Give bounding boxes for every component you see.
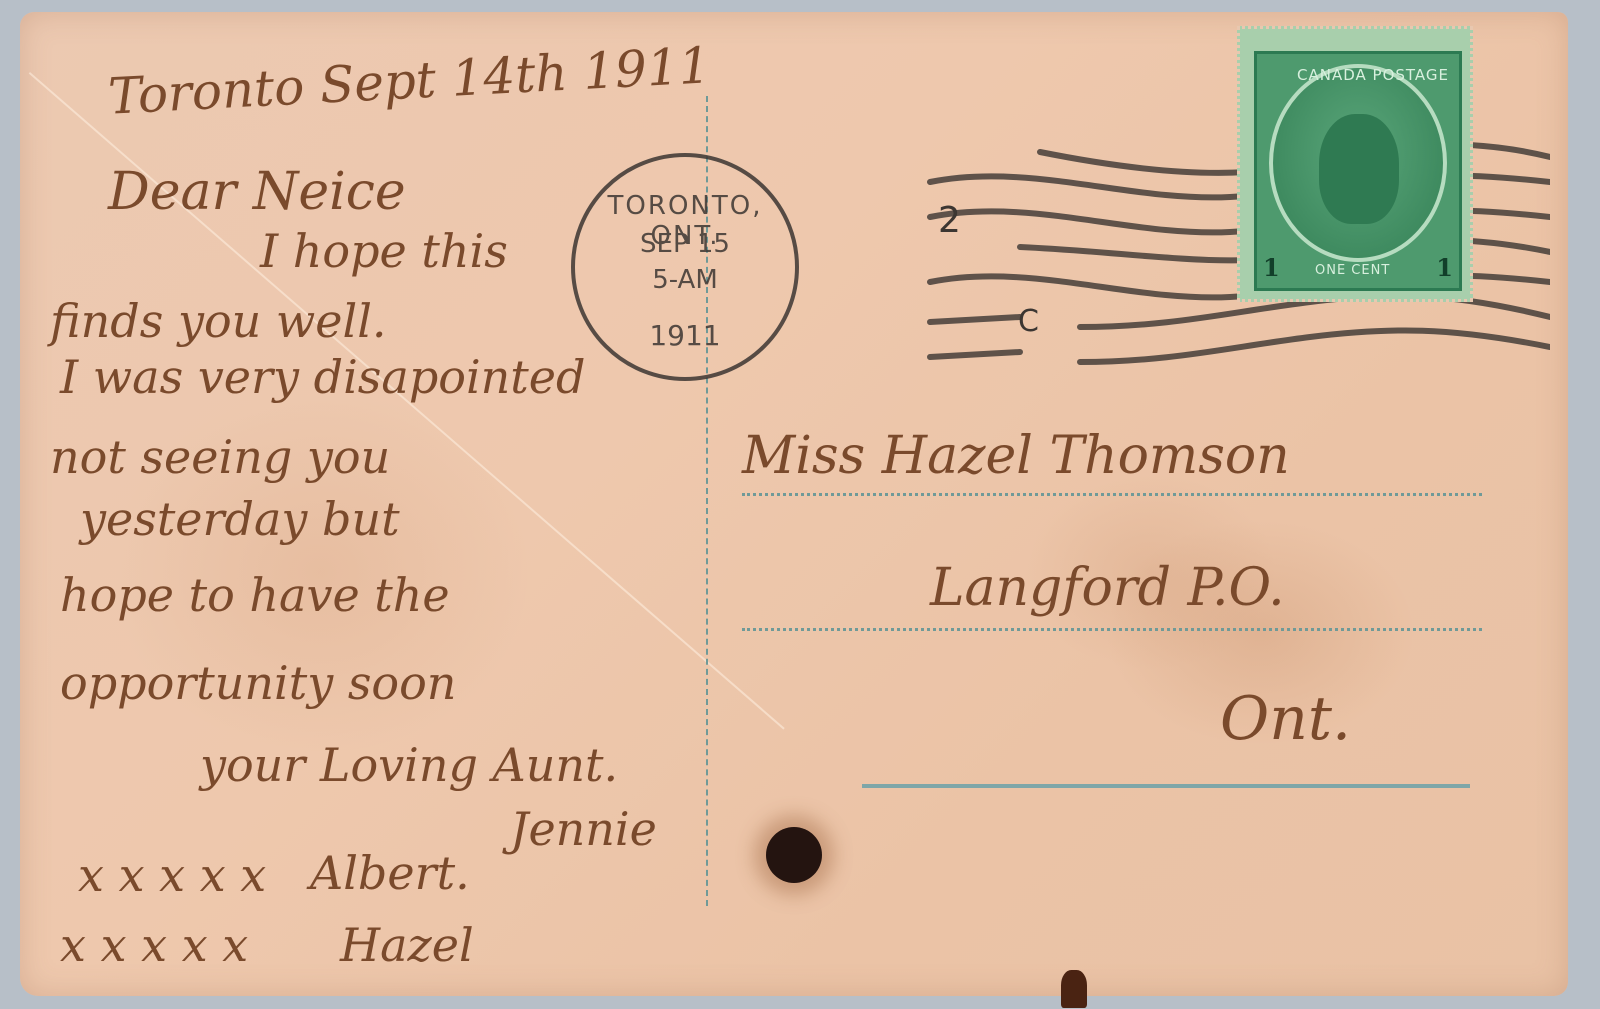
cancel-number: 2 xyxy=(938,200,961,241)
signature: Jennie xyxy=(510,802,657,856)
address-province: Ont. xyxy=(1220,684,1351,754)
message-line-2: finds you well. xyxy=(50,294,387,348)
message-line-4: not seeing you xyxy=(50,430,390,484)
postmark-time: 5-AM xyxy=(575,265,795,295)
address-town: Langford P.O. xyxy=(930,558,1285,618)
message-line-1: I hope this xyxy=(260,224,508,278)
message-line-7: opportunity soon xyxy=(60,656,456,710)
ink-stain xyxy=(1061,970,1087,1008)
kisses-albert-name: Albert. xyxy=(310,846,470,900)
postmark-date: SEP 15 xyxy=(575,229,795,259)
dateline: Toronto Sept 14th 1911 xyxy=(107,36,712,125)
kisses-albert-marks: x x x x x xyxy=(78,848,266,902)
stamp-denomination-text: ONE CENT xyxy=(1315,263,1390,278)
closing: your Loving Aunt. xyxy=(200,738,618,792)
postmark-year: 1911 xyxy=(575,319,795,352)
address-name: Miss Hazel Thomson xyxy=(742,426,1290,486)
kisses-hazel-name: Hazel xyxy=(340,918,474,972)
king-portrait-icon xyxy=(1319,114,1399,224)
salutation: Dear Neice xyxy=(108,162,406,222)
postcard: Toronto Sept 14th 1911 Dear Neice I hope… xyxy=(20,12,1568,996)
address-line-2 xyxy=(742,628,1482,631)
cancel-letter: C xyxy=(1018,304,1039,339)
kisses-hazel-marks: x x x x x xyxy=(60,918,248,972)
ink-blot xyxy=(766,827,822,883)
stamp-value-right: 1 xyxy=(1436,253,1453,282)
stamp-value-left: 1 xyxy=(1263,253,1280,282)
message-line-5: yesterday but xyxy=(80,492,400,546)
postage-stamp: CANADA POSTAGE ONE CENT 1 1 xyxy=(1237,26,1473,302)
address-line-3 xyxy=(862,784,1470,788)
message-line-3: I was very disapointed xyxy=(60,350,585,404)
stamp-country-text: CANADA POSTAGE xyxy=(1297,66,1449,84)
circular-postmark: TORONTO, ONT. SEP 15 5-AM 1911 xyxy=(571,153,799,381)
message-line-6: hope to have the xyxy=(60,568,450,622)
address-line-1 xyxy=(742,493,1482,496)
